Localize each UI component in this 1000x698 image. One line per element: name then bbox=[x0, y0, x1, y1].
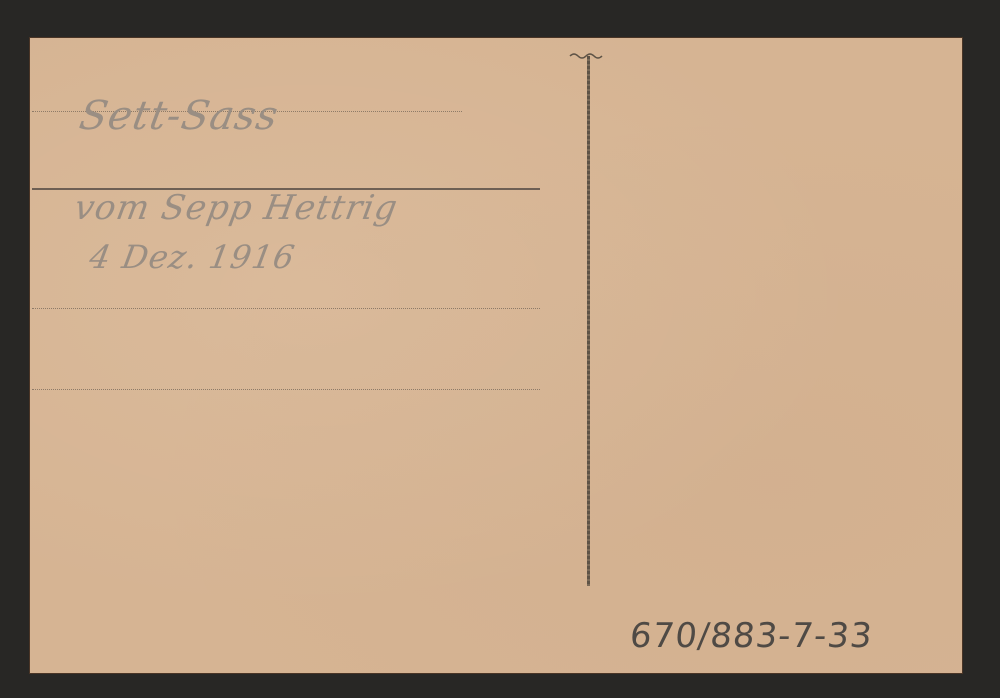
handwritten-title: Sett-Sass bbox=[76, 93, 282, 139]
archive-number: 670/883-7-33 bbox=[628, 616, 875, 656]
dotted-line-3 bbox=[32, 389, 540, 390]
handwritten-sender: vom Sepp Hettrig bbox=[71, 188, 401, 228]
center-divider-line bbox=[587, 56, 590, 586]
postcard-back: Sett-Sass vom Sepp Hettrig 4 Dez. 1916 6… bbox=[30, 38, 962, 673]
handwritten-date: 4 Dez. 1916 bbox=[87, 238, 298, 276]
dotted-line-2 bbox=[32, 308, 540, 309]
